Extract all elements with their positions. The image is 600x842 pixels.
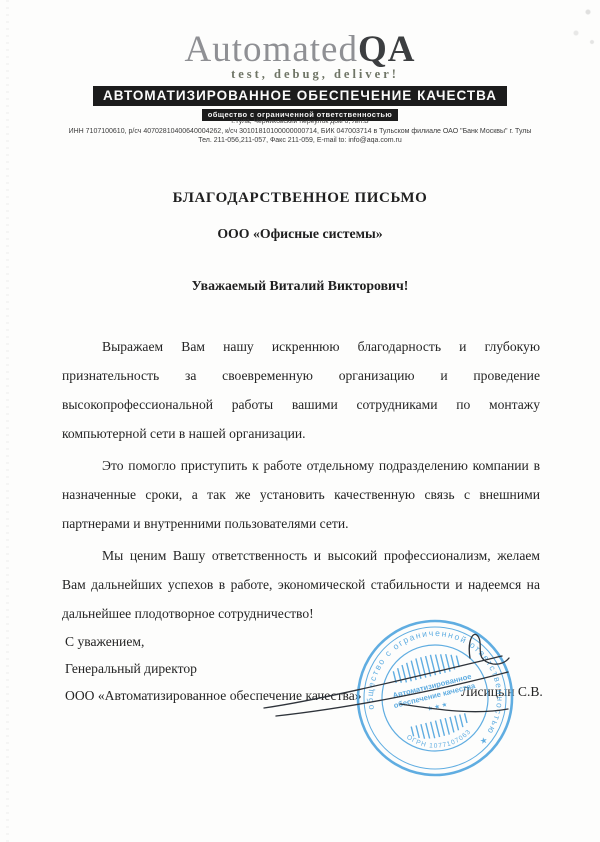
paragraph-2: Это помогло приступить к работе отдельно… (62, 451, 540, 538)
letter-salutation: Уважаемый Виталий Викторович! (0, 278, 600, 294)
company-name-banner: АВТОМАТИЗИРОВАННОЕ ОБЕСПЕЧЕНИЕ КАЧЕСТВА (0, 86, 600, 106)
logo-tagline: test, debug, deliver! (0, 67, 600, 82)
logo-text-automated: Automated (185, 29, 358, 70)
logo-text-qa: QA (358, 29, 416, 70)
company-phones-email: Тел. 211-056,211-057, Факс 211-059, E-ma… (0, 136, 600, 146)
letter-page: AutomatedQA test, debug, deliver! АВТОМА… (0, 0, 600, 842)
letter-title: БЛАГОДАРСТВЕННОЕ ПИСЬМО (0, 190, 600, 207)
company-address: г.Тула, Черниковский переулок дом 6, лит… (0, 117, 600, 127)
company-logo: AutomatedQA test, debug, deliver! (0, 28, 600, 82)
letter-body: Выражаем Вам нашу искреннюю благодарност… (62, 332, 540, 631)
company-bank-requisites: ИНН 7107100610, р/сч 4070281040064000426… (0, 127, 600, 137)
letterhead-contact-block: г.Тула, Черниковский переулок дом 6, лит… (0, 117, 600, 146)
letter-from-company: ООО «Офисные системы» (0, 226, 600, 242)
paragraph-1: Выражаем Вам нашу искреннюю благодарност… (62, 332, 540, 448)
company-name-ru: АВТОМАТИЗИРОВАННОЕ ОБЕСПЕЧЕНИЕ КАЧЕСТВА (93, 86, 507, 106)
handwritten-signature (250, 612, 562, 772)
